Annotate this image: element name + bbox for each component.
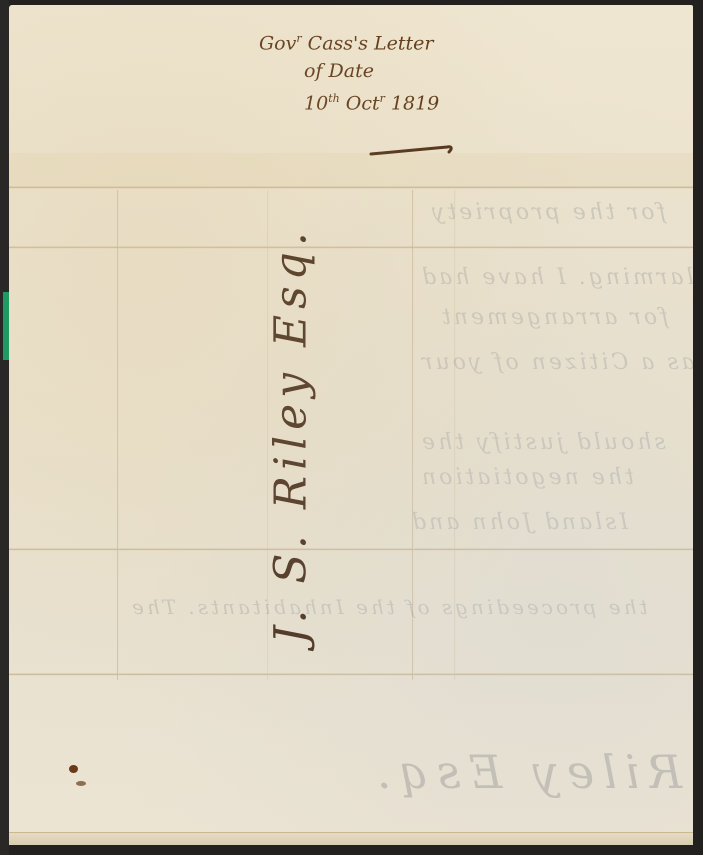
bleed-through-line: should justify the (419, 430, 666, 455)
bleed-through-line: alarming. I have had (419, 265, 693, 290)
bleed-through-line: for the propriety (429, 200, 666, 225)
bleed-through-line: as a Citizen of your (419, 350, 693, 375)
ink-stain (76, 781, 86, 786)
fold-line-horizontal (9, 673, 693, 676)
bleed-through-line: Island John and (409, 510, 628, 535)
letter-sheet: for the propriety alarming. I have had f… (9, 5, 693, 843)
docket-notation: Govr Cass's Letter of Date 10th Octr 181… (249, 25, 469, 118)
docket-line-2: of Date (249, 57, 469, 85)
fold-line-horizontal (9, 186, 693, 189)
fold-band (9, 153, 693, 189)
fold-line-vertical (117, 190, 119, 680)
fold-line-horizontal (9, 548, 693, 551)
fold-line-horizontal (9, 246, 693, 249)
bleed-through-signature: J. S. Riley Esq. (369, 745, 693, 799)
docket-line-1: Govr Cass's Letter (249, 25, 469, 57)
flourish-underline-icon (369, 143, 454, 157)
sheet-bottom-edge (9, 832, 693, 845)
bleed-through-line: for arrangement (439, 305, 668, 330)
address-inscription: J. S. Riley Esq. (266, 226, 317, 644)
docket-line-3: 10th Octr 1819 (249, 85, 469, 117)
bleed-through-line: the negotiation (419, 465, 634, 490)
frame-edge (0, 0, 9, 855)
bleed-through-line: the proceedings of the Inhabitants. The (129, 595, 648, 619)
ink-stain (69, 765, 78, 773)
